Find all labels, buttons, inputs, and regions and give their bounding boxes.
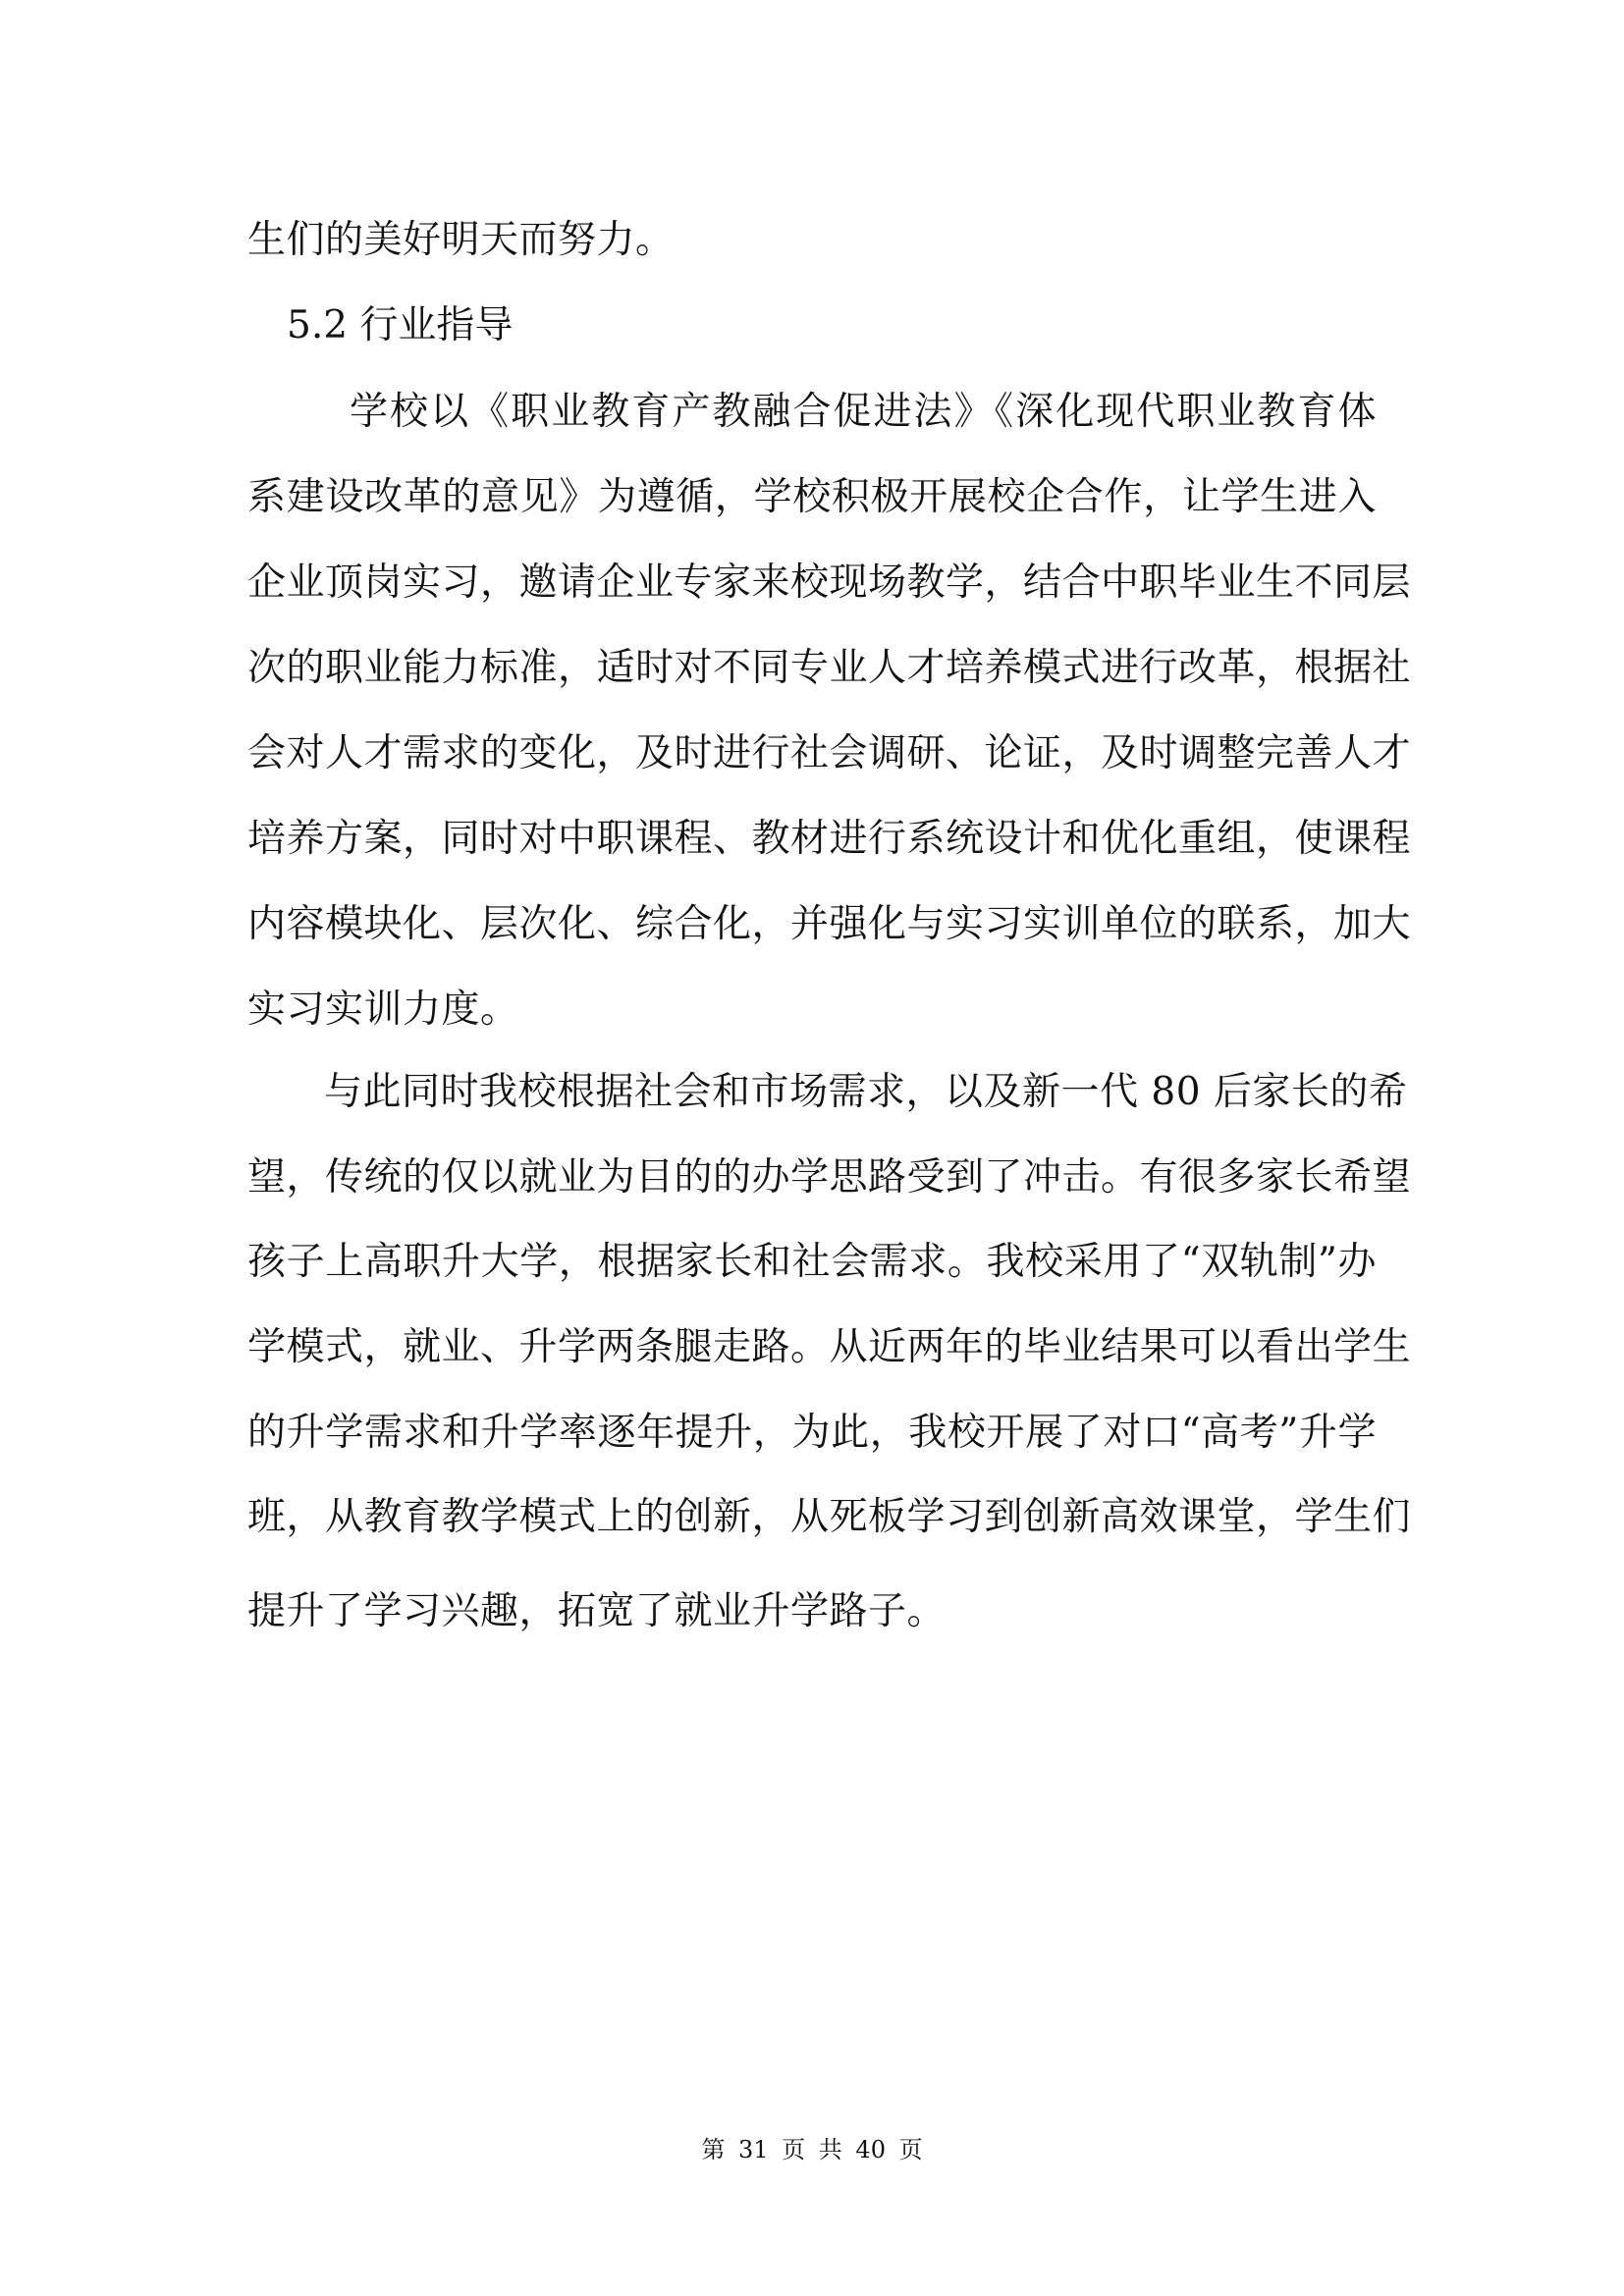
paragraph-line: 学校以《职业教育产教融合促进法》《深化现代职业教育体 xyxy=(350,383,1377,442)
paragraph-line: 系建设改革的意见》为遵循，学校积极开展校企合作，让学生进入 xyxy=(247,468,1377,527)
section-heading: 5.2 行业指导 xyxy=(287,296,513,355)
paragraph-line: 实习实训力度。 xyxy=(247,981,1377,1040)
paragraph-line: 次的职业能力标准，适时对不同专业人才培养模式进行改革，根据社 xyxy=(247,639,1377,698)
paragraph-line: 提升了学习兴趣，拓宽了就业升学路子。 xyxy=(247,1582,1377,1641)
paragraph-line: 孩子上高职升大学，根据家长和社会需求。我校采用了“双轨制”办 xyxy=(247,1233,1377,1292)
page-footer: 第 31 页 共 40 页 xyxy=(0,2132,1624,2167)
paragraph-line: 与此同时我校根据社会和市场需求，以及新一代 80 后家长的希 xyxy=(324,1063,1377,1122)
paragraph-line: 会对人才需求的变化，及时进行社会调研、论证，及时调整完善人才 xyxy=(247,724,1377,783)
paragraph-line: 班，从教育教学模式上的创新，从死板学习到创新高效课堂，学生们 xyxy=(247,1488,1377,1547)
paragraph-line: 培养方案，同时对中职课程、教材进行系统设计和优化重组，使课程 xyxy=(247,810,1377,869)
continuation-line: 生们的美好明天而努力。 xyxy=(247,211,1377,270)
paragraph-line: 内容模块化、层次化、综合化，并强化与实习实训单位的联系，加大 xyxy=(247,895,1377,954)
paragraph-line: 学模式，就业、升学两条腿走路。从近两年的毕业结果可以看出学生 xyxy=(247,1318,1377,1377)
document-page: 生们的美好明天而努力。 5.2 行业指导 学校以《职业教育产教融合促进法》《深化… xyxy=(0,0,1624,2296)
paragraph-line: 望，传统的仅以就业为目的的办学思路受到了冲击。有很多家长希望 xyxy=(247,1148,1377,1207)
paragraph-line: 企业顶岗实习，邀请企业专家来校现场教学，结合中职毕业生不同层 xyxy=(247,554,1377,613)
paragraph-line: 的升学需求和升学率逐年提升，为此，我校开展了对口“高考”升学 xyxy=(247,1404,1377,1463)
